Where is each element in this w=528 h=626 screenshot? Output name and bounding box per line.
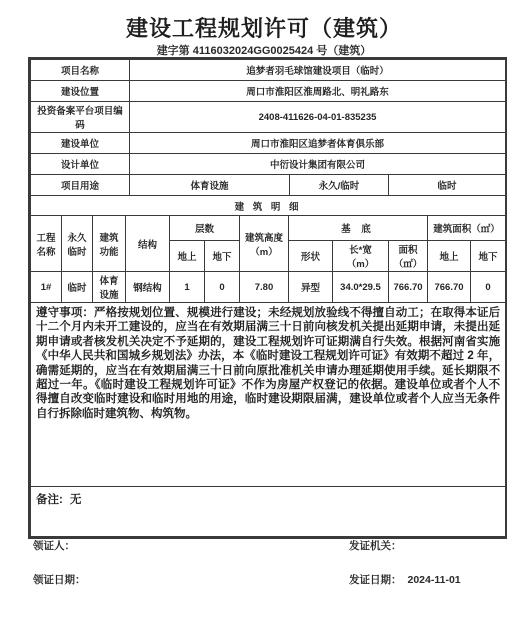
- usage-perm-label: 永久/临时: [290, 175, 389, 196]
- issue-date-line: 发证日期：2024-11-01: [349, 572, 461, 587]
- detail-floors-above: 1: [170, 272, 205, 303]
- col-floors-below-header: 地下: [205, 241, 240, 272]
- info-label: 投资备案平台项目编码: [31, 102, 130, 133]
- info-row-project-name: 项目名称 追梦者羽毛球馆建设项目（临时）: [31, 60, 506, 81]
- info-value: 周口市淮阳区淮周路北、明礼路东: [130, 81, 506, 102]
- notice-text: 遵守事项：严格按规划位置、规模进行建设；未经规划放验线不得擅自动工；在取得本证后…: [31, 303, 506, 487]
- usage-perm-value: 临时: [389, 175, 506, 196]
- detail-structure: 钢结构: [126, 272, 170, 303]
- section-title-row: 建 筑 明 细: [31, 196, 506, 216]
- permit-sheet: 项目名称 追梦者羽毛球馆建设项目（临时） 建设位置 周口市淮阳区淮周路北、明礼路…: [28, 57, 507, 539]
- building-detail-table: 建 筑 明 细 工程 名称 永久 临时 建筑 功能 结构 层数 建筑高度 （m）…: [30, 195, 506, 537]
- detail-base-area: 766.70: [389, 272, 428, 303]
- detail-project-name: 1#: [31, 272, 62, 303]
- info-row-design-unit: 设计单位 中衍设计集团有限公司: [31, 154, 506, 175]
- info-value: 周口市淮阳区追梦者体育俱乐部: [130, 133, 506, 154]
- notice-row: 遵守事项：严格按规划位置、规模进行建设；未经规划放验线不得擅自动工；在取得本证后…: [31, 303, 506, 487]
- info-value: 中衍设计集团有限公司: [130, 154, 506, 175]
- remark-value: 无: [70, 494, 82, 506]
- col-floors-header: 层数: [170, 216, 240, 241]
- col-height-header: 建筑高度 （m）: [240, 216, 289, 272]
- col-base-area-header: 面积 （㎡）: [389, 241, 428, 272]
- usage-value: 体育设施: [130, 175, 290, 196]
- info-value: 2408-411626-04-01-835235: [130, 102, 506, 133]
- col-gfa-header: 建筑面积（㎡）: [428, 216, 506, 241]
- page-title: 建设工程规划许可（建筑）: [0, 12, 528, 43]
- info-row-location: 建设位置 周口市淮阳区淮周路北、明礼路东: [31, 81, 506, 102]
- detail-gfa-above: 766.70: [428, 272, 471, 303]
- col-function-header: 建筑 功能: [93, 216, 126, 272]
- detail-base-shape: 异型: [289, 272, 333, 303]
- issue-date-label: 发证日期：: [349, 574, 402, 586]
- info-label: 项目名称: [31, 60, 130, 81]
- detail-floors-below: 0: [205, 272, 240, 303]
- info-label: 建设位置: [31, 81, 130, 102]
- col-shape-header: 形状: [289, 241, 333, 272]
- info-row-construction-unit: 建设单位 周口市淮阳区追梦者体育俱乐部: [31, 133, 506, 154]
- info-label: 设计单位: [31, 154, 130, 175]
- doc-number: 建字第 4116032024GG0025424 号（建筑）: [0, 42, 528, 58]
- building-detail-section-title: 建 筑 明 细: [31, 196, 506, 216]
- info-value: 追梦者羽毛球馆建设项目（临时）: [130, 60, 506, 81]
- detail-gfa-below: 0: [471, 272, 506, 303]
- detail-function: 体育 设施: [93, 272, 126, 303]
- col-perm-header: 永久 临时: [62, 216, 93, 272]
- info-table: 项目名称 追梦者羽毛球馆建设项目（临时） 建设位置 周口市淮阳区淮周路北、明礼路…: [30, 59, 506, 196]
- usage-label: 项目用途: [31, 175, 130, 196]
- detail-perm: 临时: [62, 272, 93, 303]
- col-base-header: 基 底: [289, 216, 428, 241]
- remark-row: 备注:无: [31, 487, 506, 537]
- issuer-label: 发证机关：: [349, 538, 402, 553]
- detail-data-row: 1# 临时 体育 设施 钢结构 1 0 7.80 异型 34.0*29.5 76…: [31, 272, 506, 303]
- col-gfa-above-header: 地上: [428, 241, 471, 272]
- info-row-usage: 项目用途 体育设施 永久/临时 临时: [31, 175, 506, 196]
- remark-label: 备注:: [36, 494, 63, 506]
- info-label: 建设单位: [31, 133, 130, 154]
- col-floors-above-header: 地上: [170, 241, 205, 272]
- info-row-project-code: 投资备案平台项目编码 2408-411626-04-01-835235: [31, 102, 506, 133]
- col-gfa-below-header: 地下: [471, 241, 506, 272]
- detail-height: 7.80: [240, 272, 289, 303]
- col-structure-header: 结构: [126, 216, 170, 272]
- detail-header-row-1: 工程 名称 永久 临时 建筑 功能 结构 层数 建筑高度 （m） 基 底 建筑面…: [31, 216, 506, 241]
- detail-base-length-width: 34.0*29.5: [333, 272, 389, 303]
- col-project-name-header: 工程 名称: [31, 216, 62, 272]
- remark-cell: 备注:无: [31, 487, 506, 537]
- holder-label: 领证人：: [33, 538, 75, 553]
- col-length-width-header: 长*宽 （m）: [333, 241, 389, 272]
- receive-date-label: 领证日期：: [33, 572, 86, 587]
- issue-date-value: 2024-11-01: [408, 574, 461, 586]
